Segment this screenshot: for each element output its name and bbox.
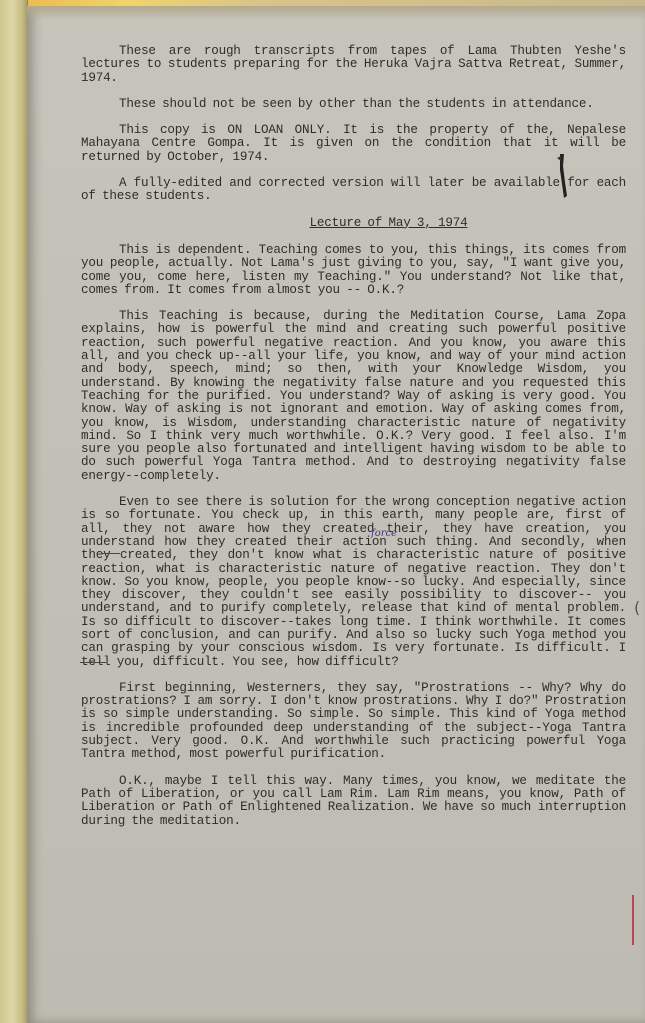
lecture-paragraph-1: This is dependent. Teaching comes to you… [81, 244, 626, 297]
red-margin-mark [632, 895, 634, 945]
intro-paragraph-2: These should not be seen by other than t… [81, 98, 626, 111]
intro-paragraph-3: This copy is ON LOAN ONLY. It is the pro… [81, 124, 626, 164]
lecture-paragraph-2: This Teaching is because, during the Med… [81, 310, 626, 483]
lecture-paragraph-3: Even to see there is solution for the wr… [81, 496, 626, 669]
strikethrough-mark [80, 662, 106, 663]
page-top-shadow [27, 6, 645, 20]
handwritten-annotation: force [371, 528, 397, 539]
ink-blot-mark [556, 152, 568, 200]
folder-binder-spine [0, 0, 28, 1023]
strikethrough-mark [102, 553, 120, 554]
lecture-heading-text: Lecture of May 3, 1974 [310, 216, 468, 230]
lecture-paragraph-4: First beginning, Westerners, they say, "… [81, 682, 626, 762]
lecture-heading: Lecture of May 3, 1974 [81, 217, 626, 230]
intro-paragraph-1: These are rough transcripts from tapes o… [81, 45, 626, 85]
intro-paragraph-4: A fully-edited and corrected version wil… [81, 177, 626, 204]
margin-paren-mark: ( [634, 598, 640, 617]
lecture-paragraph-5: O.K., maybe I tell this way. Many times,… [81, 775, 626, 828]
document-body: These are rough transcripts from tapes o… [81, 45, 626, 841]
